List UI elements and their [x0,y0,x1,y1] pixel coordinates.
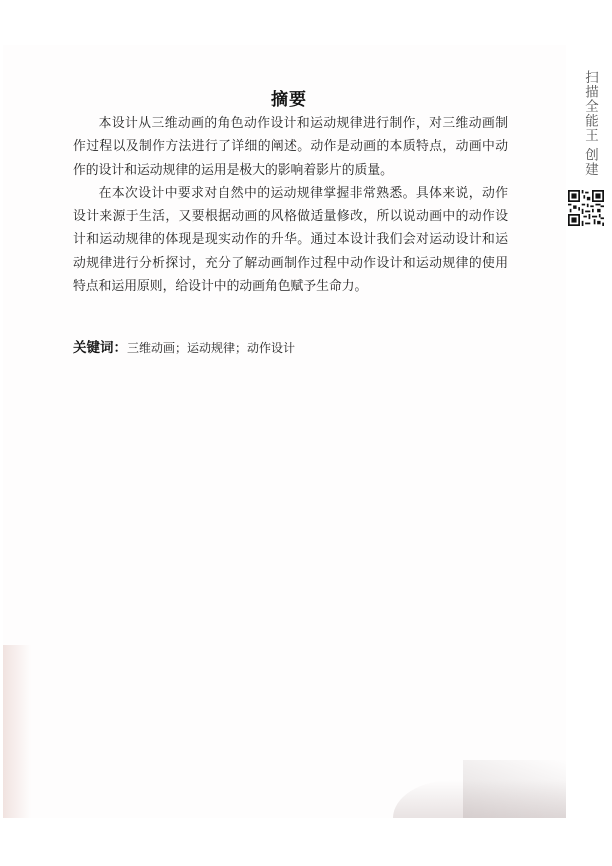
abstract-title: 摘要 [0,85,578,110]
scan-shadow-corner [463,760,566,818]
abstract-paragraph-2: 在本次设计中要求对自然中的运动规律掌握非常熟悉。具体来说，动作设计来源于生活，又… [73,182,508,298]
qr-code-icon [568,190,604,226]
keywords-line: 关键词：三维动画；运动规律；动作设计 [73,336,295,356]
watermark-text: 扫描全能王 创建 [574,70,600,182]
abstract-paragraph-1: 本设计从三维动画的角色动作设计和运动规律进行制作，对三维动画制作过程以及制作方法… [73,112,508,182]
keywords-values: 三维动画；运动规律；动作设计 [127,341,295,355]
scan-shadow-left [3,645,31,818]
abstract-body: 本设计从三维动画的角色动作设计和运动规律进行制作，对三维动画制作过程以及制作方法… [73,112,508,298]
keywords-label: 关键词： [73,340,127,356]
